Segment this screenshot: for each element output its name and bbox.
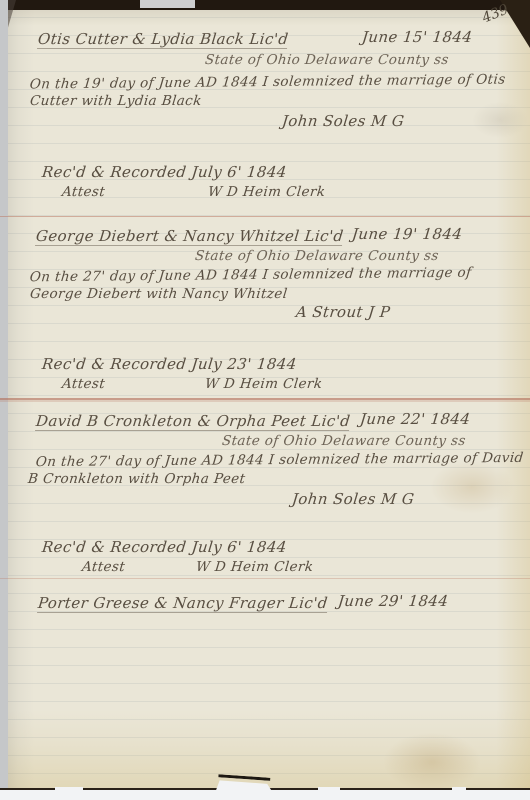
book-edge-top xyxy=(0,0,530,10)
entry-officiant-signature: John Soles M G xyxy=(291,490,415,508)
recorded-line: Rec'd & Recorded July 6' 1844 xyxy=(41,538,288,556)
entry-separator-rule-1 xyxy=(0,216,530,217)
entry-heading-date: June 19' 1844 xyxy=(351,225,463,243)
entry-heading-names: Porter Greese & Nancy Frager Lic'd xyxy=(37,594,329,613)
edge-tear-gap xyxy=(318,787,340,792)
clerk-signature: W D Heim Clerk xyxy=(207,184,326,200)
edge-tear-gap xyxy=(55,787,83,792)
entry-state-line: State of Ohio Delaware County ss xyxy=(194,248,439,264)
entry-separator-rule-3 xyxy=(0,578,530,579)
entry-heading-date: June 29' 1844 xyxy=(337,592,449,610)
entry-body-line2: Cutter with Lydia Black xyxy=(29,93,202,109)
entry-state-line: State of Ohio Delaware County ss xyxy=(221,433,466,449)
attest-label: Attest xyxy=(81,559,126,575)
entry-separator-rule-2 xyxy=(0,398,530,400)
recorded-line: Rec'd & Recorded July 23' 1844 xyxy=(41,355,298,373)
ledger-page-scan: 439 Otis Cutter & Lydia Black Lic'd June… xyxy=(0,0,530,800)
scan-margin-left xyxy=(0,0,8,800)
entry-body-line2: George Diebert with Nancy Whitzel xyxy=(29,286,288,302)
entry-heading-names: David B Cronkleton & Orpha Peet Lic'd xyxy=(35,412,351,431)
entry-heading-names: George Diebert & Nancy Whitzel Lic'd xyxy=(35,227,344,246)
entry-officiant-signature: A Strout J P xyxy=(295,303,391,321)
clerk-signature: W D Heim Clerk xyxy=(195,559,314,575)
recorded-line: Rec'd & Recorded July 6' 1844 xyxy=(41,163,288,181)
book-edge-notch xyxy=(140,0,195,8)
attest-label: Attest xyxy=(61,376,106,392)
entry-heading-date: June 15' 1844 xyxy=(361,28,473,46)
edge-tear-gap xyxy=(452,787,466,792)
entry-state-line: State of Ohio Delaware County ss xyxy=(204,52,449,68)
paper-background xyxy=(0,0,530,800)
attest-label: Attest xyxy=(61,184,106,200)
entry-officiant-signature: John Soles M G xyxy=(281,112,405,130)
entry-heading-date: June 22' 1844 xyxy=(359,410,471,428)
entry-heading-names: Otis Cutter & Lydia Black Lic'd xyxy=(37,30,289,49)
clerk-signature: W D Heim Clerk xyxy=(204,376,323,392)
entry-body-line2: B Cronkleton with Orpha Peet xyxy=(27,471,246,487)
